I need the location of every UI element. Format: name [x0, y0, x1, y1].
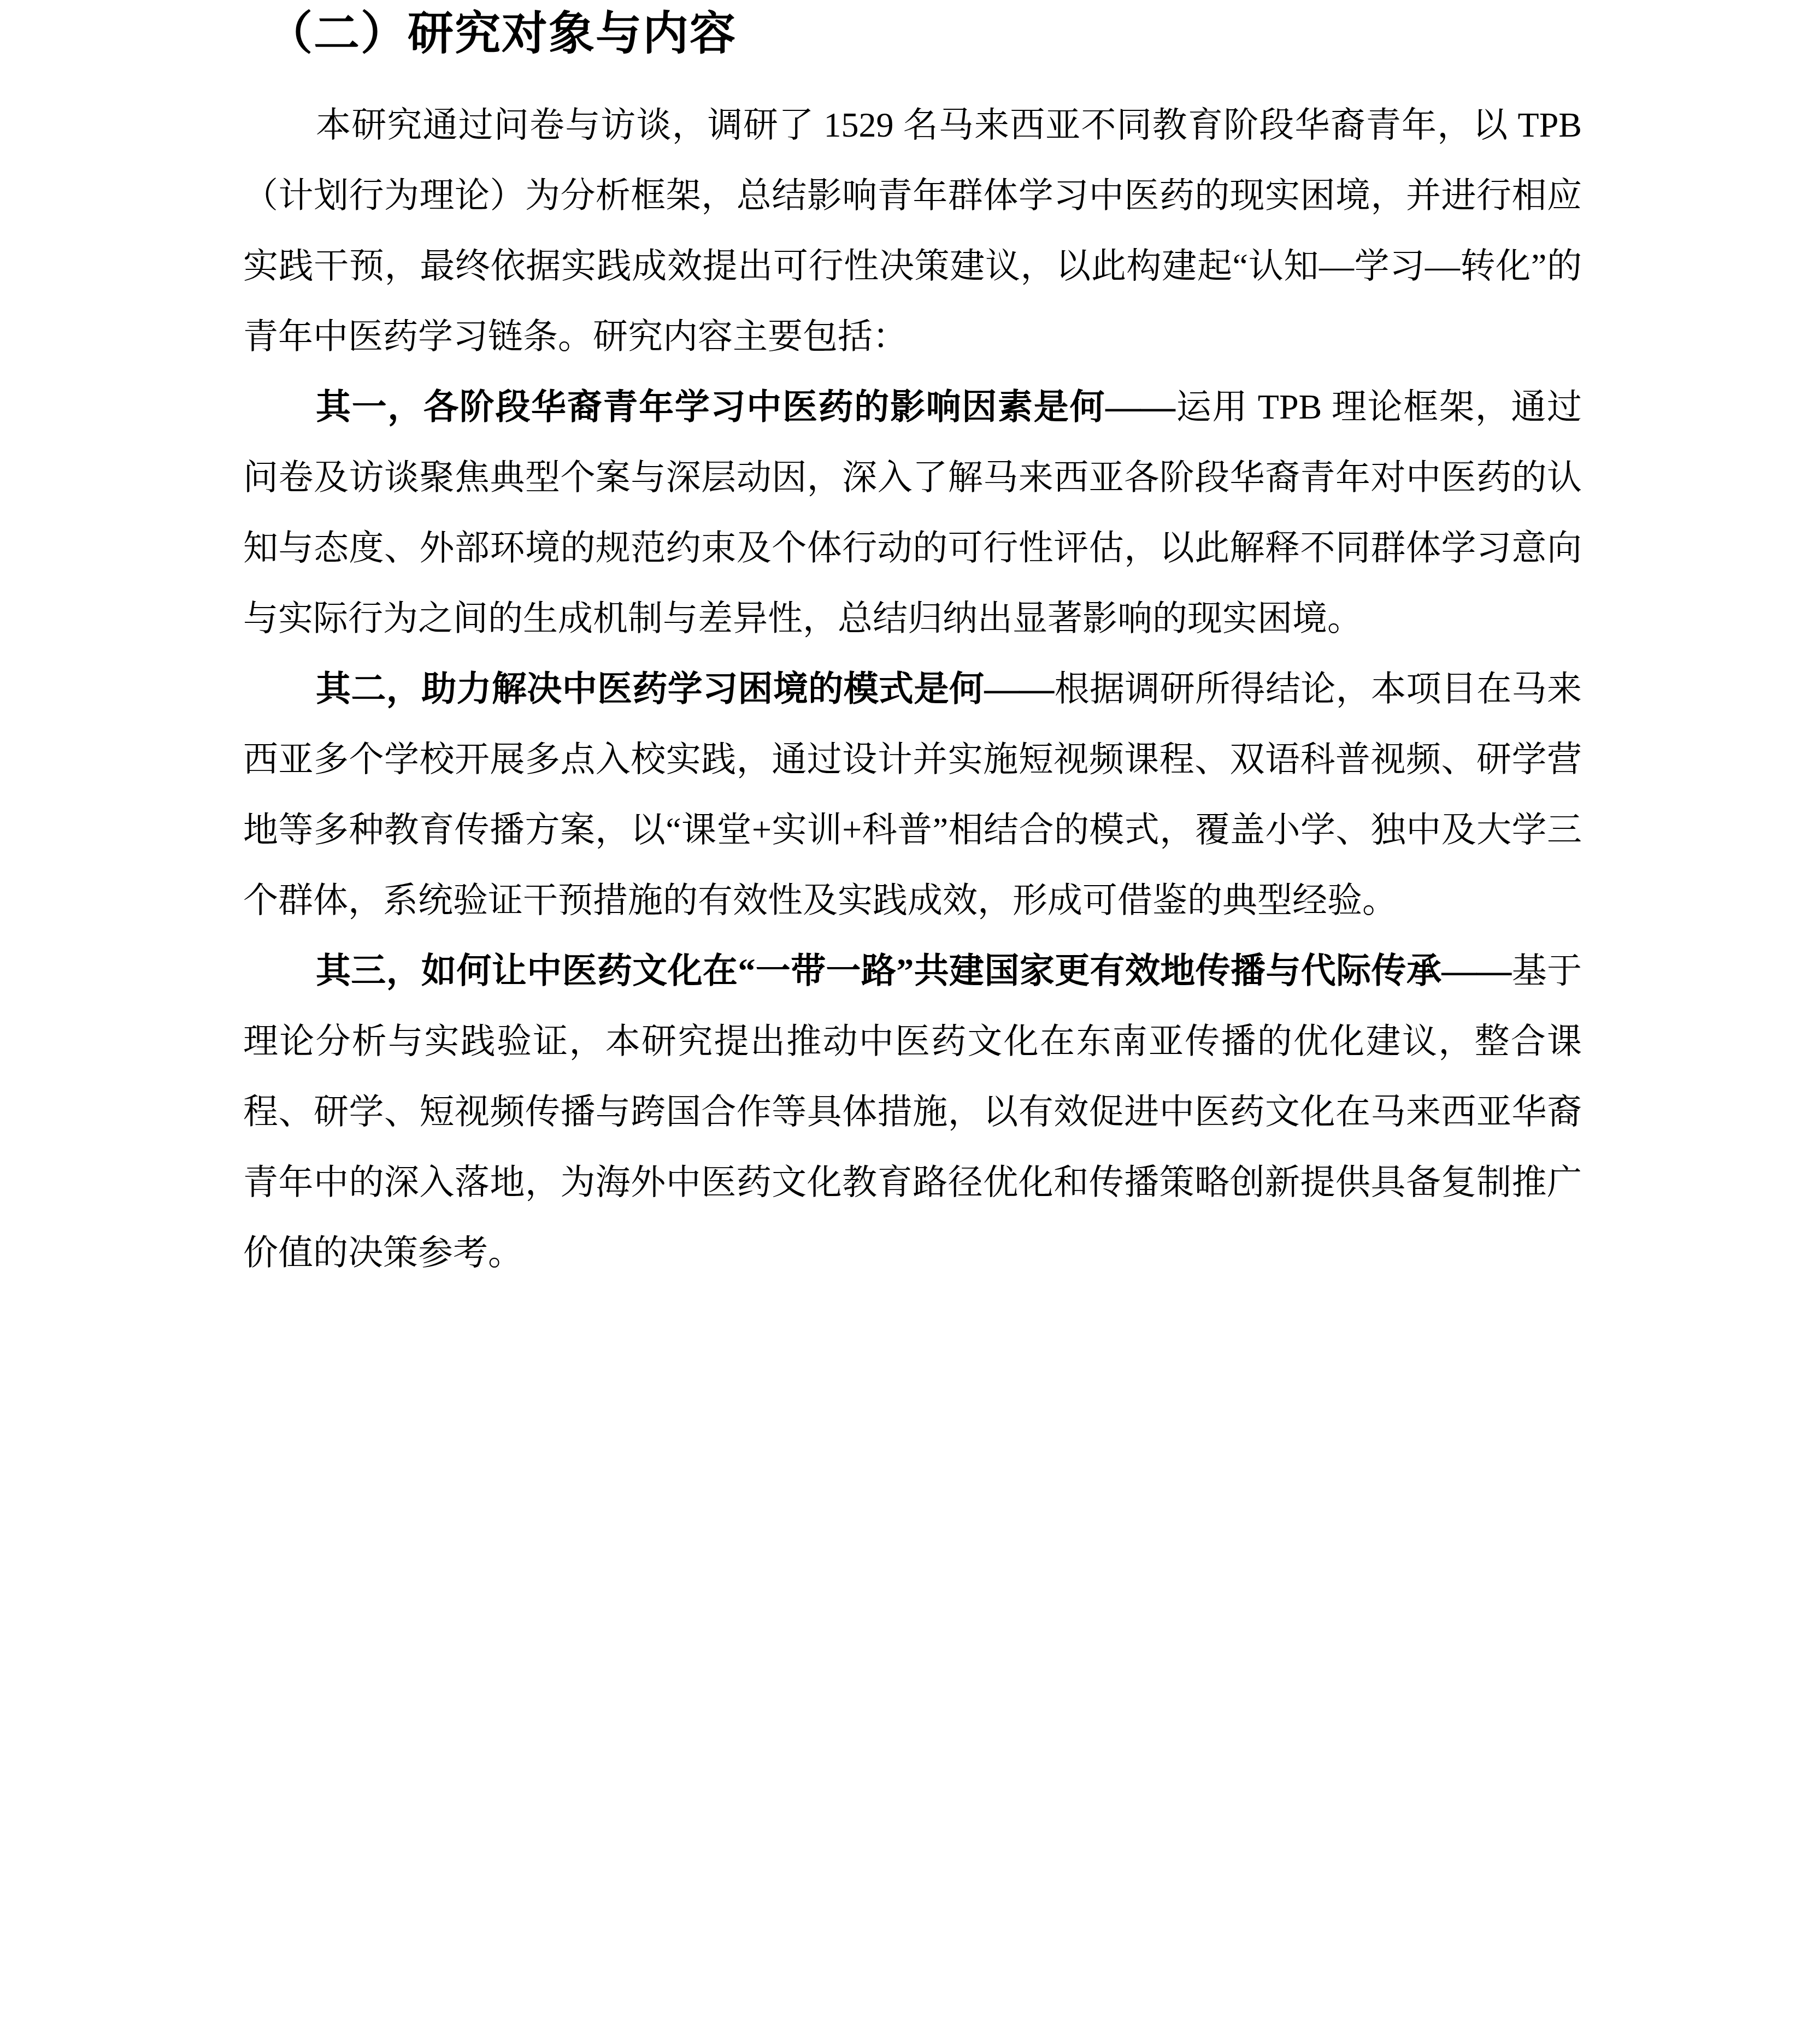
- text-run: 基于理论分析与实践验证，本研究提出推动中医药文化在东南亚传播的优化建议，整合课程…: [243, 951, 1582, 1272]
- paragraphs: 本研究通过问卷与访谈，调研了 1529 名马来西亚不同教育阶段华裔青年，以 TP…: [243, 90, 1582, 1288]
- document-page: （二）研究对象与内容 本研究通过问卷与访谈，调研了 1529 名马来西亚不同教育…: [243, 0, 1582, 1288]
- bold-text-run: 其二，助力解决中医药学习困境的模式是何——: [316, 669, 1054, 708]
- paragraph-research-question-2: 其二，助力解决中医药学习困境的模式是何——根据调研所得结论，本项目在马来西亚多个…: [243, 653, 1582, 935]
- section-heading: （二）研究对象与内容: [243, 0, 1582, 67]
- text-run: 本研究通过问卷与访谈，调研了 1529 名马来西亚不同教育阶段华裔青年，以 TP…: [243, 105, 1582, 356]
- paragraph-research-question-3: 其三，如何让中医药文化在“一带一路”共建国家更有效地传播与代际传承——基于理论分…: [243, 935, 1582, 1288]
- bold-text-run: 其三，如何让中医药文化在“一带一路”共建国家更有效地传播与代际传承——: [316, 951, 1511, 990]
- bold-text-run: 其一，各阶段华裔青年学习中医药的影响因素是何——: [316, 387, 1175, 426]
- paragraph-research-question-1: 其一，各阶段华裔青年学习中医药的影响因素是何——运用 TPB 理论框架，通过问卷…: [243, 372, 1582, 653]
- paragraph-intro: 本研究通过问卷与访谈，调研了 1529 名马来西亚不同教育阶段华裔青年，以 TP…: [243, 90, 1582, 372]
